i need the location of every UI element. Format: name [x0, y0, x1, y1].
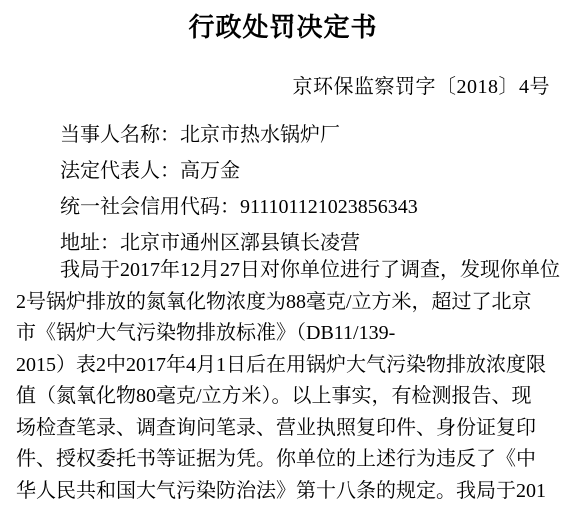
paragraph-line: 件、授权委托书等证据为凭。你单位的上述行为违反了《中 [16, 444, 550, 476]
paragraph-line: 2号锅炉排放的氮氧化物浓度为88毫克/立方米，超过了北京 [16, 287, 550, 319]
paragraph-line: 市《锅炉大气污染物排放标准》（DB11/139- [16, 318, 550, 350]
facts-paragraph: 我局于2017年12月27日对你单位进行了调查，发现你单位 2号锅炉排放的氮氧化… [16, 255, 550, 507]
paragraph-line: 2015）表2中2017年4月1日后在用锅炉大气污染物排放浓度限 [16, 350, 550, 382]
party-name-line: 当事人名称：北京市热水锅炉厂 [16, 117, 550, 153]
paragraph-line: 场检查笔录、调查询问笔录、营业执照复印件、身份证复印 [16, 413, 550, 445]
party-info-section: 当事人名称：北京市热水锅炉厂 法定代表人：高万金 统一社会信用代码：911101… [16, 117, 550, 261]
paragraph-line: 值（氮氧化物80毫克/立方米）。以上事实，有检测报告、现 [16, 381, 550, 413]
paragraph-line: 华人民共和国大气污染防治法》第十八条的规定。我局于201 [16, 476, 550, 508]
document-title: 行政处罚决定书 [16, 10, 550, 44]
paragraph-line: 我局于2017年12月27日对你单位进行了调查，发现你单位 [16, 255, 550, 287]
legal-representative-line: 法定代表人：高万金 [16, 153, 550, 189]
credit-code-line: 统一社会信用代码：911101121023856343 [16, 189, 550, 225]
penalty-decision-document: 行政处罚决定书 京环保监察罚字〔2018〕4号 当事人名称：北京市热水锅炉厂 法… [0, 0, 577, 509]
document-number: 京环保监察罚字〔2018〕4号 [16, 75, 550, 99]
